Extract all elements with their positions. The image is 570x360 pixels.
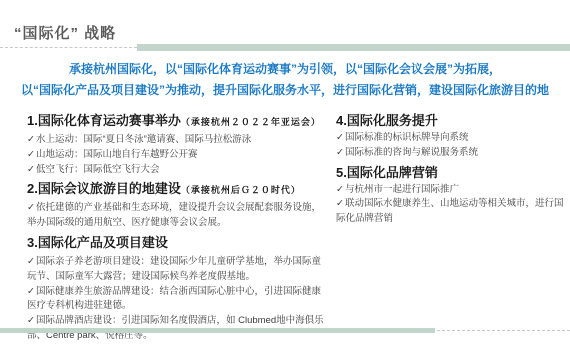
section-heading: 1.国际化体育运动赛事举办（承接杭州２０２２年亚运会） <box>27 112 329 131</box>
section-heading: 3.国际化产品及项目建设 <box>27 234 329 253</box>
section-list: ✓与杭州市一起进行国际推广 ✓联动国际水健康养生、山地运动等相关城市，进行国际化… <box>336 183 564 227</box>
section-heading: 2.国际会议旅游目的地建设（承接杭州后Ｇ２０时代） <box>27 180 329 199</box>
lead-line-1: 承接杭州国际化，以“国际化体育运动赛事”为引领，以“国际化会议会展”为拓展， <box>5 59 565 80</box>
check-icon: ✓ <box>27 286 35 297</box>
section-heading-text: 1.国际化体育运动赛事举办 <box>27 113 181 128</box>
section-heading: 5.国际化品牌营销 <box>336 164 564 181</box>
section-list: ✓依托建德的产业基础和生态环境，建设提升会议会展配套服务设施，举办国际级的通用航… <box>27 201 329 231</box>
top-dashed-line <box>0 47 137 48</box>
check-icon: ✓ <box>27 149 35 160</box>
check-icon: ✓ <box>27 134 35 145</box>
list-item-text: 山地运动：国际山地自行车越野公开赛 <box>36 149 198 160</box>
section-heading: 4.国际化服务提升 <box>336 112 564 129</box>
bottom-dashed-line <box>437 330 570 331</box>
section-service-upgrade: 4.国际化服务提升 ✓国际标准的标识标牌导向系统 ✓国际标准的咨询与解说服务系统 <box>336 112 564 161</box>
top-accent-bar <box>137 44 570 51</box>
list-item: ✓国际标准的标识标牌导向系统 <box>336 131 564 146</box>
check-icon: ✓ <box>27 315 35 326</box>
page-title: “国际化” 战略 <box>14 22 116 43</box>
section-conference-destination: 2.国际会议旅游目的地建设（承接杭州后Ｇ２０时代） ✓依托建德的产业基础和生态环… <box>27 180 329 231</box>
check-icon: ✓ <box>336 147 344 158</box>
list-item-text: 水上运动：国际“夏日冬泳”邀请赛、国际马拉松游泳 <box>36 134 251 145</box>
list-item: ✓山地运动：国际山地自行车越野公开赛 <box>27 148 329 163</box>
list-item-text: 低空飞行：国际低空飞行大会 <box>36 164 160 175</box>
list-item: ✓国际标准的咨询与解说服务系统 <box>336 146 564 161</box>
list-item: ✓联动国际水健康养生、山地运动等相关城市，进行国际化品牌营销 <box>336 197 564 227</box>
list-item: ✓水上运动：国际“夏日冬泳”邀请赛、国际马拉松游泳 <box>27 133 329 148</box>
list-item: ✓国际健康养生旅游品牌建设：结合浙西国际心脏中心，引进国际健康医疗专科机构进驻建… <box>27 285 329 315</box>
check-icon: ✓ <box>27 164 35 175</box>
list-item-text: 国际标准的标识标牌导向系统 <box>345 132 469 143</box>
lead-line-2: 以“国际化产品及项目建设”为推动，提升国际化服务水平，进行国际化营销，建设国际化… <box>5 80 565 101</box>
check-icon: ✓ <box>27 256 35 267</box>
check-icon: ✓ <box>336 132 344 143</box>
section-heading-text: 4.国际化服务提升 <box>336 113 438 128</box>
list-item-text: 国际健康养生旅游品牌建设：结合浙西国际心脏中心，引进国际健康医疗专科机构进驻建德… <box>27 286 321 312</box>
bottom-divider <box>0 328 570 333</box>
list-item-text: 联动国际水健康养生、山地运动等相关城市，进行国际化品牌营销 <box>336 198 563 224</box>
check-icon: ✓ <box>336 184 344 195</box>
bottom-accent-bar <box>0 328 435 333</box>
section-heading-text: 5.国际化品牌营销 <box>336 165 438 180</box>
presentation-slide: “国际化” 战略 承接杭州国际化，以“国际化体育运动赛事”为引领，以“国际化会议… <box>0 0 570 360</box>
list-item-text: 与杭州市一起进行国际推广 <box>345 184 459 195</box>
section-list: ✓国际标准的标识标牌导向系统 ✓国际标准的咨询与解说服务系统 <box>336 131 564 161</box>
check-icon: ✓ <box>336 198 344 209</box>
section-list: ✓水上运动：国际“夏日冬泳”邀请赛、国际马拉松游泳 ✓山地运动：国际山地自行车越… <box>27 133 329 177</box>
left-column: 1.国际化体育运动赛事举办（承接杭州２０２２年亚运会） ✓水上运动：国际“夏日冬… <box>27 109 329 344</box>
right-column: 4.国际化服务提升 ✓国际标准的标识标牌导向系统 ✓国际标准的咨询与解说服务系统… <box>336 109 564 344</box>
section-sports-events: 1.国际化体育运动赛事举办（承接杭州２０２２年亚运会） ✓水上运动：国际“夏日冬… <box>27 112 329 177</box>
section-heading-text: 2.国际会议旅游目的地建设 <box>27 181 181 196</box>
section-heading-note: （承接杭州后Ｇ２０时代） <box>181 185 301 195</box>
top-divider <box>0 44 570 51</box>
list-item: ✓与杭州市一起进行国际推广 <box>336 183 564 198</box>
section-brand-marketing: 5.国际化品牌营销 ✓与杭州市一起进行国际推广 ✓联动国际水健康养生、山地运动等… <box>336 164 564 227</box>
list-item: ✓依托建德的产业基础和生态环境，建设提升会议会展配套服务设施，举办国际级的通用航… <box>27 201 329 231</box>
lead-paragraph: 承接杭州国际化，以“国际化体育运动赛事”为引领，以“国际化会议会展”为拓展， 以… <box>5 59 565 101</box>
list-item-text: 国际亲子养老游项目建设：建设国际少年儿童研学基地，举办国际童玩节、国际童军大露营… <box>27 256 321 282</box>
section-heading-text: 3.国际化产品及项目建设 <box>27 235 168 250</box>
list-item: ✓国际亲子养老游项目建设：建设国际少年儿童研学基地，举办国际童玩节、国际童军大露… <box>27 255 329 285</box>
section-heading-note: （承接杭州２０２２年亚运会） <box>181 117 321 127</box>
content-columns: 1.国际化体育运动赛事举办（承接杭州２０２２年亚运会） ✓水上运动：国际“夏日冬… <box>27 109 562 344</box>
list-item: ✓低空飞行：国际低空飞行大会 <box>27 163 329 178</box>
check-icon: ✓ <box>27 202 35 213</box>
list-item-text: 依托建德的产业基础和生态环境，建设提升会议会展配套服务设施，举办国际级的通用航空… <box>27 202 321 228</box>
list-item-text: 国际标准的咨询与解说服务系统 <box>345 147 478 158</box>
